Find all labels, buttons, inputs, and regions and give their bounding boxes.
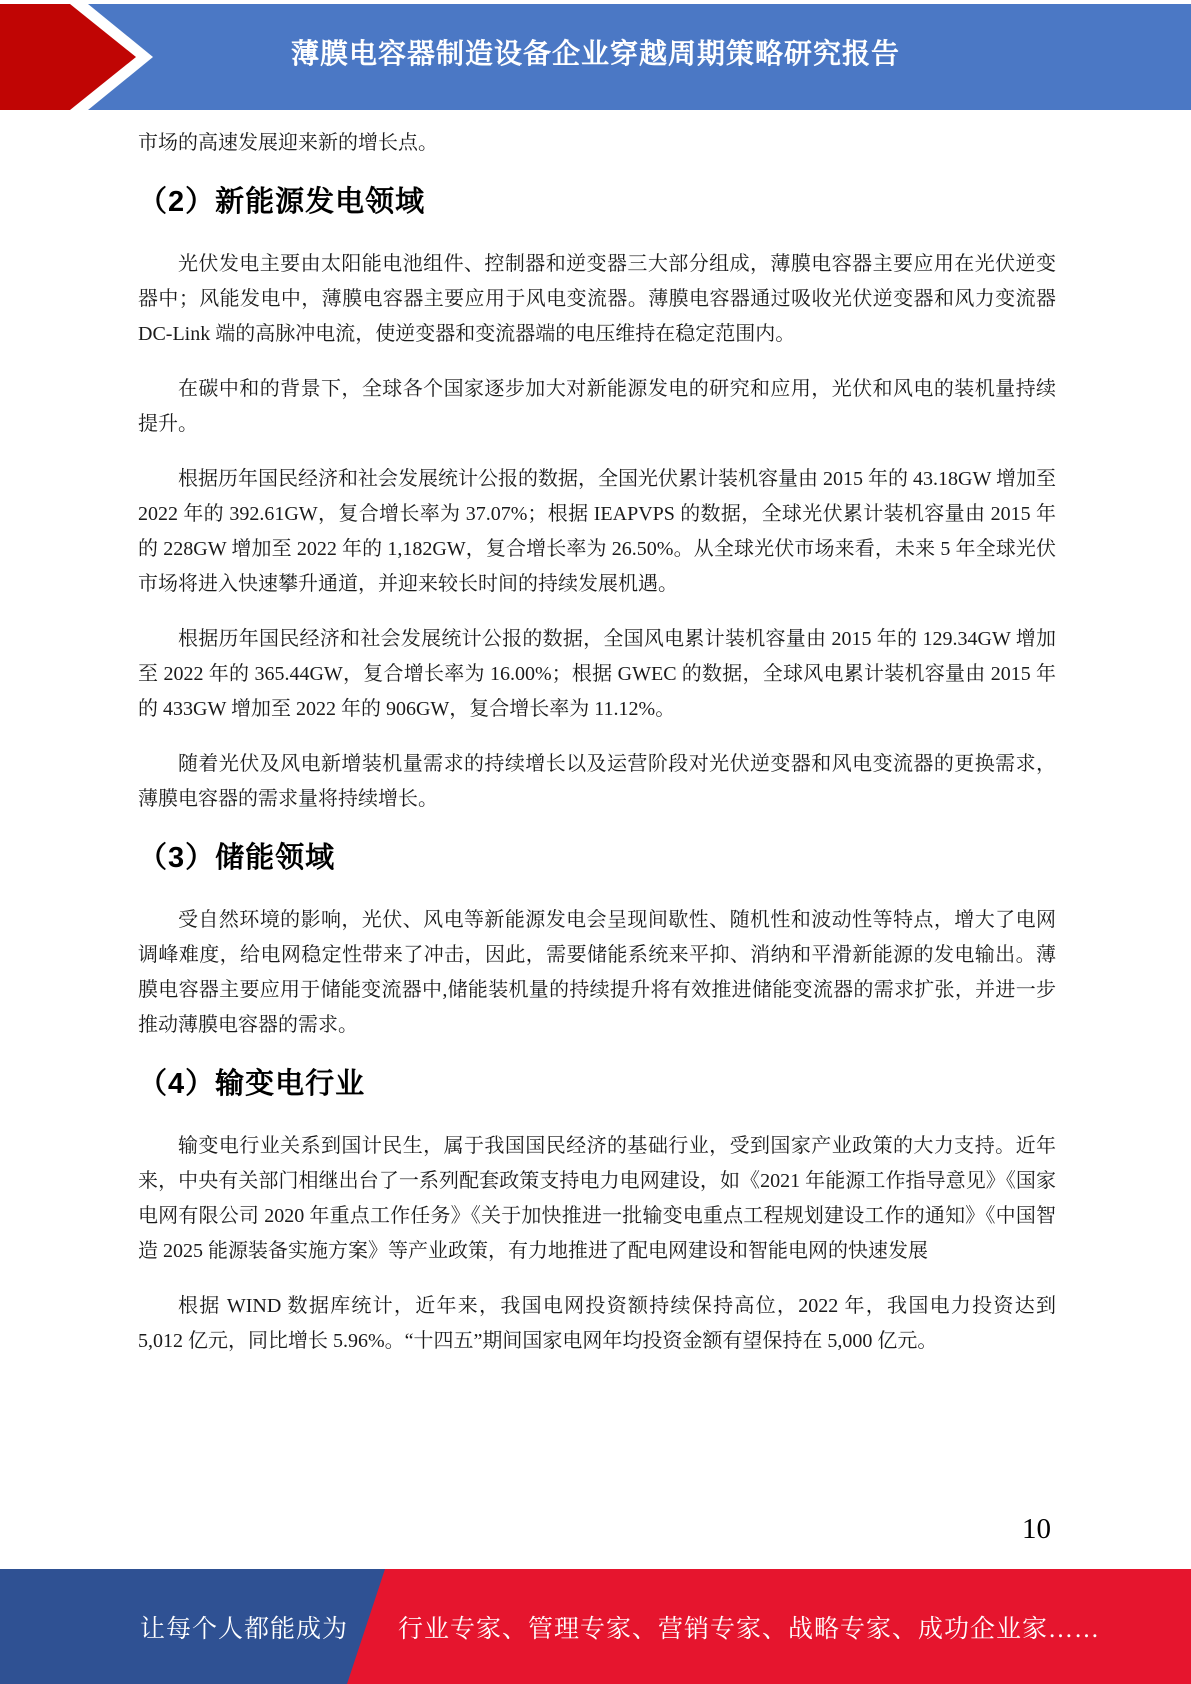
paragraph: 光伏发电主要由太阳能电池组件、控制器和逆变器三大部分组成，薄膜电容器主要应用在光… (138, 247, 1056, 352)
page-footer: 让每个人都能成为 行业专家、管理专家、营销专家、战略专家、成功企业家…… (0, 1569, 1191, 1684)
report-header-banner: 薄膜电容器制造设备企业穿越周期策略研究报告 (0, 4, 1191, 110)
paragraph: 受自然环境的影响，光伏、风电等新能源发电会呈现间歇性、随机性和波动性等特点，增大… (138, 903, 1056, 1043)
paragraph: 输变电行业关系到国计民生，属于我国国民经济的基础行业，受到国家产业政策的大力支持… (138, 1129, 1056, 1269)
paragraph: 在碳中和的背景下，全球各个国家逐步加大对新能源发电的研究和应用，光伏和风电的装机… (138, 372, 1056, 442)
document-content: 市场的高速发展迎来新的增长点。 （2）新能源发电领域 光伏发电主要由太阳能电池组… (138, 126, 1056, 1379)
footer-slogan-left: 让每个人都能成为 (140, 1569, 348, 1684)
section-heading-new-energy: （2）新能源发电领域 (138, 181, 1056, 223)
section-heading-power-transmission: （4）输变电行业 (138, 1063, 1056, 1105)
section-heading-energy-storage: （3）储能领域 (138, 837, 1056, 879)
paragraph-continuation: 市场的高速发展迎来新的增长点。 (138, 126, 1056, 161)
footer-slogan-right: 行业专家、管理专家、营销专家、战略专家、成功企业家…… (398, 1569, 1100, 1684)
paragraph: 根据历年国民经济和社会发展统计公报的数据，全国风电累计装机容量由 2015 年的… (138, 622, 1056, 727)
paragraph: 根据 WIND 数据库统计，近年来，我国电网投资额持续保持高位，2022 年，我… (138, 1289, 1056, 1359)
page-number: 10 (1022, 1512, 1051, 1546)
paragraph: 随着光伏及风电新增装机量需求的持续增长以及运营阶段对光伏逆变器和风电变流器的更换… (138, 747, 1056, 817)
paragraph: 根据历年国民经济和社会发展统计公报的数据，全国光伏累计装机容量由 2015 年的… (138, 462, 1056, 602)
report-title: 薄膜电容器制造设备企业穿越周期策略研究报告 (0, 4, 1191, 100)
